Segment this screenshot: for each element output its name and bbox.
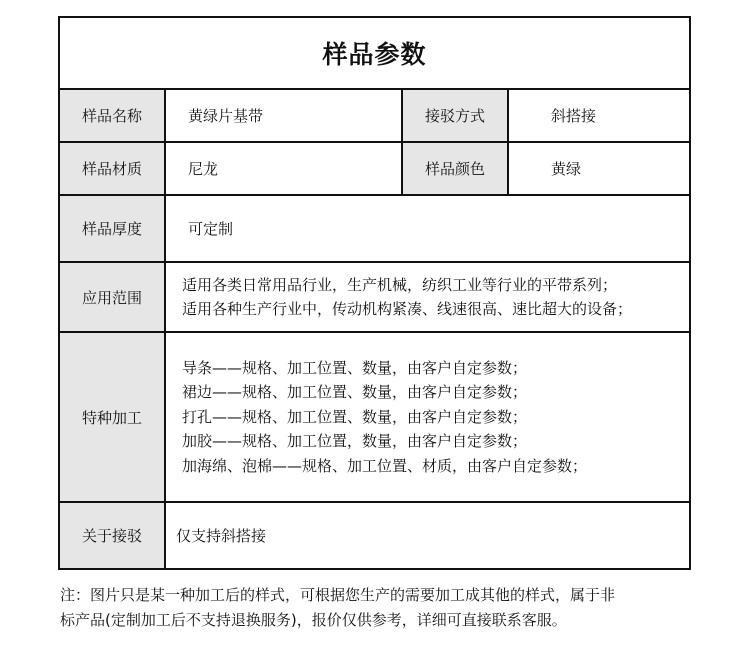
label-joint-method: 接驳方式 [403,90,509,141]
processing-line: 加胶——规格、加工位置，数量，由客户自定参数； [182,429,527,454]
label-thickness: 样品厚度 [60,196,166,261]
value-special-processing: 导条——规格、加工位置、数量，由客户自定参数； 裙边——规格、加工位置、数量，由… [166,333,689,501]
processing-line: 打孔——规格、加工位置、数量，由客户自定参数； [182,405,527,430]
processing-line: 裙边——规格、加工位置、数量，由客户自定参数； [182,380,527,405]
footnote-line: 注：图片只是某一种加工后的样式，可根据您生产的需要加工成其他的样式，属于非 [60,583,700,608]
processing-line: 导条——规格、加工位置、数量，由客户自定参数； [182,356,527,381]
row-joint-info: 关于接驳 仅支持斜搭接 [60,503,689,568]
footnote: 注：图片只是某一种加工后的样式，可根据您生产的需要加工成其他的样式，属于非 标产… [60,583,700,633]
label-material: 样品材质 [60,143,166,194]
value-material: 尼龙 [166,143,403,194]
value-thickness: 可定制 [166,196,689,261]
value-color: 黄绿 [509,143,689,194]
label-application: 应用范围 [60,263,166,331]
value-sample-name: 黄绿片基带 [166,90,403,141]
footnote-line: 标产品(定制加工后不支持退换服务)，报价仅供参考，详细可直接联系客服。 [60,608,700,633]
processing-line: 加海绵、泡棉——规格、加工位置、材质，由客户自定参数； [182,454,587,479]
application-line: 适用各类日常用品行业，生产机械，纺织工业等行业的平带系列； [182,273,617,297]
row-thickness: 样品厚度 可定制 [60,196,689,263]
label-sample-name: 样品名称 [60,90,166,141]
sample-parameters-table: 样品参数 样品名称 黄绿片基带 接驳方式 斜搭接 样品材质 尼龙 样品颜色 黄绿… [58,16,691,570]
value-joint-info: 仅支持斜搭接 [166,503,689,568]
value-joint-method: 斜搭接 [509,90,689,141]
label-color: 样品颜色 [403,143,509,194]
label-special-processing: 特种加工 [60,333,166,501]
row-name-joint: 样品名称 黄绿片基带 接驳方式 斜搭接 [60,90,689,143]
label-joint-info: 关于接驳 [60,503,166,568]
table-title: 样品参数 [60,18,689,90]
value-application: 适用各类日常用品行业，生产机械，纺织工业等行业的平带系列； 适用各种生产行业中，… [166,263,689,331]
application-line: 适用各种生产行业中，传动机构紧凑、线速很高、速比超大的设备； [182,297,632,321]
row-special-processing: 特种加工 导条——规格、加工位置、数量，由客户自定参数； 裙边——规格、加工位置… [60,333,689,503]
row-material-color: 样品材质 尼龙 样品颜色 黄绿 [60,143,689,196]
row-application: 应用范围 适用各类日常用品行业，生产机械，纺织工业等行业的平带系列； 适用各种生… [60,263,689,333]
